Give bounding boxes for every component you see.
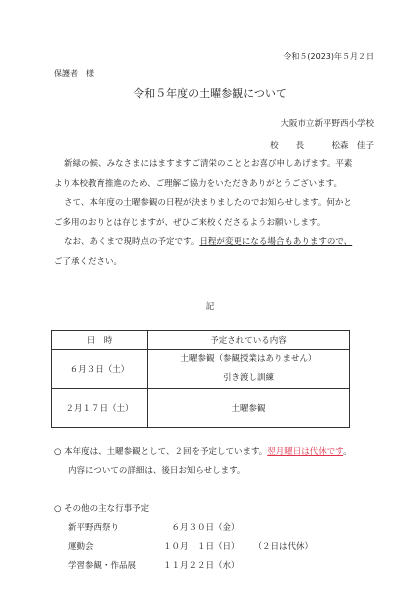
- row-content: 土曜参観（参観授業はありません） 引き渡し訓練: [148, 350, 350, 389]
- schedule-table: 日 時 予定されている内容 ６月３日（土） 土曜参観（参観授業はありません） 引…: [51, 330, 350, 428]
- event-item: 新平野西祭り ６月３０日（金）: [54, 519, 313, 538]
- recipient: 保護者 様: [54, 68, 94, 79]
- table-header-content: 予定されている内容: [148, 331, 350, 350]
- document-title: 令和５年度の土曜参観について: [0, 85, 420, 101]
- principal: 校 長 松森 佳子: [270, 139, 374, 151]
- bullet-icon: ○: [54, 447, 61, 457]
- table-row: ２月１７日（土） 土曜参観: [52, 389, 350, 428]
- body-line: ご多用のおりとは存じますが、ぜひご来校くださるようお願いします。: [54, 214, 374, 234]
- body-line: さて、本年度の土曜参観の日程が決まりましたのでお知らせします。何かと: [54, 194, 374, 214]
- principal-title: 校 長: [270, 139, 304, 151]
- underlined-note: 日程が変更になる場合もありますので、: [199, 237, 352, 247]
- bullet-icon: ○: [54, 504, 61, 514]
- row-date: ２月１７日（土）: [52, 389, 148, 428]
- body-line: 新緑の候、みなさまにはますますご清栄のこととお喜び申しあげます。平素: [54, 155, 374, 175]
- table-header-date: 日 時: [52, 331, 148, 350]
- document-date: 令和５(2023)年５月２日: [283, 51, 374, 62]
- body-line: より本校教育推進のため、ご理解ご協力をいただきありがとうございます。: [54, 175, 374, 195]
- principal-name: 松森 佳子: [331, 139, 374, 151]
- table-row: ６月３日（土） 土曜参観（参観授業はありません） 引き渡し訓練: [52, 350, 350, 389]
- body-line: なお、あくまで現時点の予定です。日程が変更になる場合もありますので、: [54, 233, 374, 253]
- notes: ○ 本年度は、土曜参観として、２回を予定しています。翌月曜日は代休です。 内容に…: [54, 443, 352, 481]
- body-text: 新緑の候、みなさまにはますますご清栄のこととお喜び申しあげます。平素 より本校教…: [54, 155, 374, 272]
- red-notice: 翌月曜日は代休です: [267, 447, 343, 457]
- event-item: 運動会 １０月 １日（日） （２日は代休）: [54, 538, 313, 557]
- school-name: 大阪市立新平野西小学校: [280, 117, 374, 129]
- body-line: ご了承ください。: [54, 253, 374, 273]
- events-list: ○ その他の主な行事予定 新平野西祭り ６月３０日（金） 運動会 １０月 １日（…: [54, 500, 313, 576]
- event-item: 学習参観・作品展 １１月２２日（水）: [54, 557, 313, 576]
- row-content: 土曜参観: [148, 389, 350, 428]
- events-heading: その他の主な行事予定: [64, 504, 149, 514]
- row-date: ６月３日（土）: [52, 350, 148, 389]
- ki-heading: 記: [0, 300, 420, 312]
